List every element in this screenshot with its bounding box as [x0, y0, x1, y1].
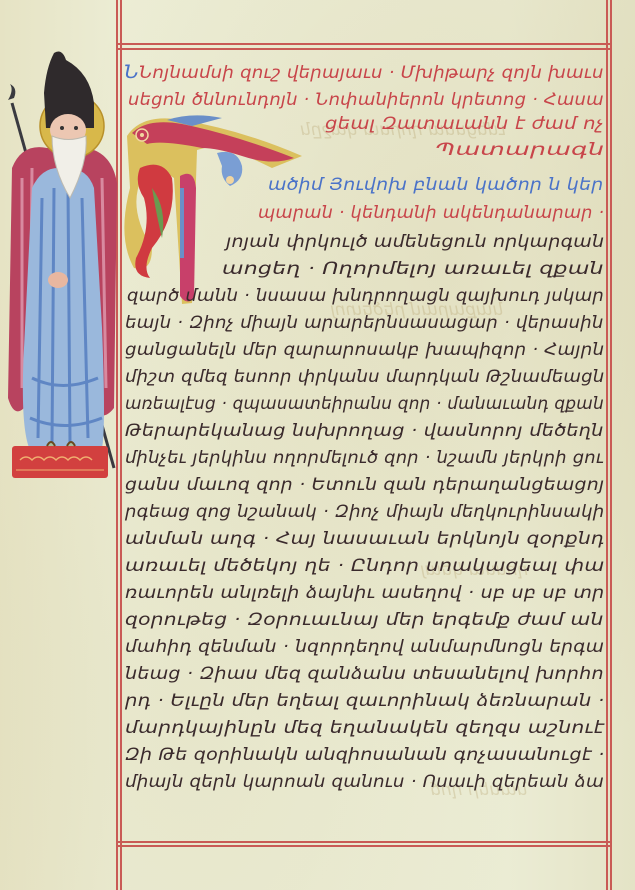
rubric-line: սեցոն ծննունդոյն · Նոփանիերոն կրետոց · Հ…: [128, 90, 604, 110]
saint-figure-illustration: [2, 48, 120, 480]
rubric-line: պարան · կենդանի ակենդանարար ·: [258, 203, 604, 223]
body-line: մահիդ զենման · նզորդեղով անմարմնոցն երգա: [125, 637, 604, 657]
body-line: ցանցանելն մեր զարարոսակբ խապիզոր · Հայրն: [125, 340, 604, 360]
body-line: առեալէսց · զպասատեիրանս զոր · մանաւանդ զ…: [125, 394, 604, 414]
right-margin-rule-inner: [606, 0, 608, 890]
body-line: րգեաց զոց նշանակ · Զիոչ միայն մեղկուրինս…: [125, 502, 604, 522]
body-line: ցանս մաւոզ զոր · Ետուն զան դերաղանցեացոյ: [125, 475, 604, 495]
right-margin-rule-outer: [610, 0, 612, 890]
body-line: Զի Թե զօրինակն անզիոսանան գոչասանուցէ ·: [125, 745, 605, 765]
rubric-line: ցեալ Զատաւանն է ժամ ոչ: [325, 114, 604, 134]
body-line: նեաց · Զիաս մեզ զանձանս տեսանելով խորհո: [125, 664, 604, 684]
body-line: աոցեղ · Ողորմելոյ առաւել զքան: [222, 259, 604, 279]
body-line: միայն զերն կարոան զանուս · Ոսաւի զերեան …: [125, 772, 604, 792]
body-line: րդ · Ելւըն մեր եղեալ զաւորինակ ձեռնարան …: [125, 691, 605, 711]
body-line: առաւել մեծեկոյ ղե · Ընդոր սոակացեալ փա: [125, 556, 605, 576]
body-line: Թերարեկանաց նսխրողաց · վասնորոյ մեծեղն: [125, 421, 604, 441]
body-line: եայն · Զիոչ միայն արարերնսասացար · վերաս…: [125, 313, 604, 333]
body-line: զարծ մանն · նսասա խնդրողացն զայխուդ յսկա…: [127, 286, 604, 306]
body-line: մինչեւ յերկինս ողորմելուծ զոր · նշամն յե…: [125, 448, 604, 468]
rubric-initial: Ն: [124, 61, 139, 83]
bottom-rule-inner: [116, 845, 612, 847]
body-line: զօրութեց · Զօրուաւնայ մեր երգեմք ժամ ան: [125, 610, 604, 630]
body-line: միշտ զմեզ եսոոր փրկանս մարդկան Թշնամեացն: [125, 367, 604, 387]
body-line: յոյան փրկուլծ ամենեցուն որկարգան: [226, 232, 604, 252]
rubric-line-blue: ածիմ Յուվոխ բնան կածոր ն կեր: [268, 175, 603, 195]
body-line: անման աղգ · Հայ նասաւան երկնոյն զօրքնդ: [125, 529, 605, 549]
rubric-line: Պատարագն: [435, 140, 604, 160]
bottom-rule-outer: [116, 841, 612, 843]
body-line: մարդկայինըն մեզ եղանակեն զեղզս աշնուէ: [125, 718, 604, 738]
top-rule-outer: [116, 43, 612, 45]
rubric-line: ՆՆոյնամսի զուշ վերայաւս · Մխիթարչ զոյն խ…: [124, 62, 604, 83]
top-rule-inner: [116, 48, 612, 50]
body-line: ռաւորեն անլռելի ձայնիւ ասեղով · սբ սբ սբ…: [125, 583, 604, 603]
